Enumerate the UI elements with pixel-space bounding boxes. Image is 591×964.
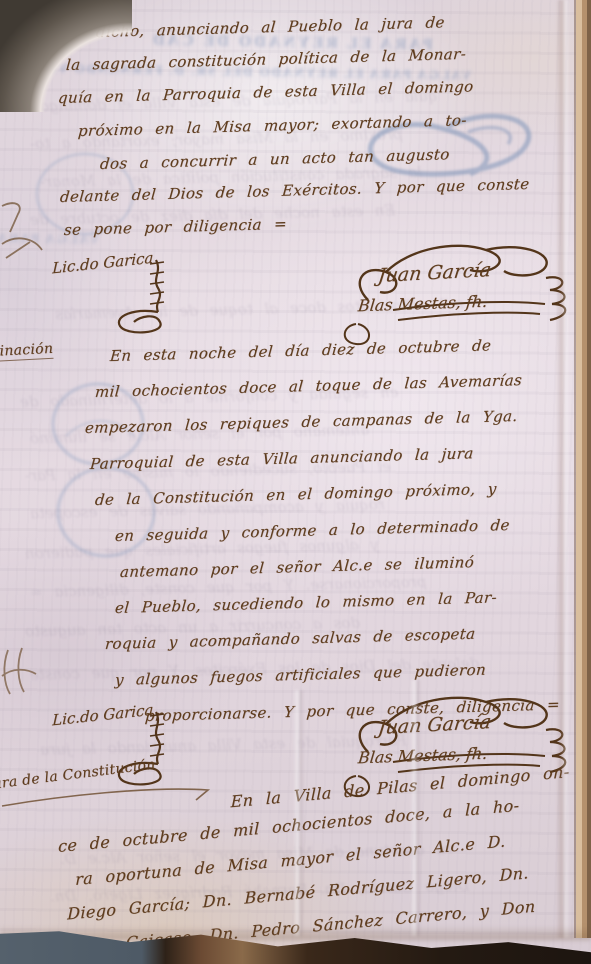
photo-corner-shadow [0,0,132,112]
margin-note-iluminacion: Iluminación [0,338,54,362]
page-fold [556,0,570,938]
rubric-flourish-icon [106,258,196,343]
paper-crease [293,690,304,936]
page-right-edge [574,0,591,938]
margin-flourish-icon [0,198,46,268]
paper-crease [410,680,421,936]
paragraph-iluminacion-diligencia: En esta noche del día diez de octubre de… [50,338,560,734]
manuscript-photo: quía en la Parroquia de esta Villa el do… [0,0,591,964]
